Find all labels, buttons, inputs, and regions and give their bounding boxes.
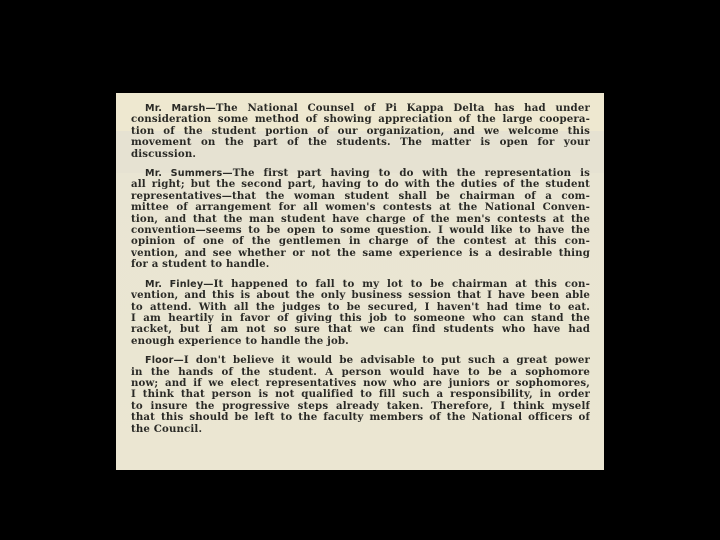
text-line: I am heartily in favor of giving this jo… (131, 313, 590, 324)
text-line: now; and if we elect representatives now… (131, 378, 590, 389)
speaker-name: Mr. Marsh (145, 103, 206, 114)
text-line: consideration some method of showing app… (131, 114, 590, 125)
text-line: vention, and this is about the only busi… (131, 290, 590, 301)
text-line: vention, and see whether or not the same… (131, 248, 590, 259)
paragraph-finley: Mr. Finley—It happened to fall to my lot… (131, 279, 590, 347)
text-line: the Council. (131, 424, 590, 435)
text-line: Floor—I don't believe it would be advisa… (131, 355, 590, 366)
scanned-document-page: Mr. Marsh—The National Counsel of Pi Kap… (116, 93, 604, 470)
text-line: for a student to handle. (131, 259, 590, 270)
text-line: convention—seems to be open to some ques… (131, 225, 590, 236)
text-line: tion of the student portion of our organ… (131, 126, 590, 137)
text-line: representatives—that the woman student s… (131, 191, 590, 202)
text-line: racket, but I am not so sure that we can… (131, 324, 590, 335)
text-line: enough experience to handle the job. (131, 336, 590, 347)
text-line: Mr. Summers—The first part having to do … (131, 168, 590, 179)
text-line: discussion. (131, 149, 590, 160)
paragraph-summers: Mr. Summers—The first part having to do … (131, 168, 590, 271)
text-line: in the hands of the student. A person wo… (131, 367, 590, 378)
speaker-name: Mr. Summers (145, 168, 222, 179)
speaker-name: Mr. Finley (145, 279, 203, 290)
text-line: Mr. Finley—It happened to fall to my lot… (131, 279, 590, 290)
text-line: mittee of arrangement for all women's co… (131, 202, 590, 213)
text-line: opinion of one of the gentlemen in charg… (131, 236, 590, 247)
text-line: all right; but the second part, having t… (131, 179, 590, 190)
text-line: to attend. With all the judges to be sec… (131, 302, 590, 313)
paragraph-floor: Floor—I don't believe it would be advisa… (131, 355, 590, 435)
text-line: I think that person is not qualified to … (131, 389, 590, 400)
text-line: tion, and that the man student have char… (131, 214, 590, 225)
paragraph-marsh: Mr. Marsh—The National Counsel of Pi Kap… (131, 103, 590, 160)
text-line: to insure the progressive steps already … (131, 401, 590, 412)
text-line: that this should be left to the faculty … (131, 412, 590, 423)
text-line: Mr. Marsh—The National Counsel of Pi Kap… (131, 103, 590, 114)
text-line: movement on the part of the students. Th… (131, 137, 590, 148)
speaker-name: Floor (145, 355, 174, 366)
